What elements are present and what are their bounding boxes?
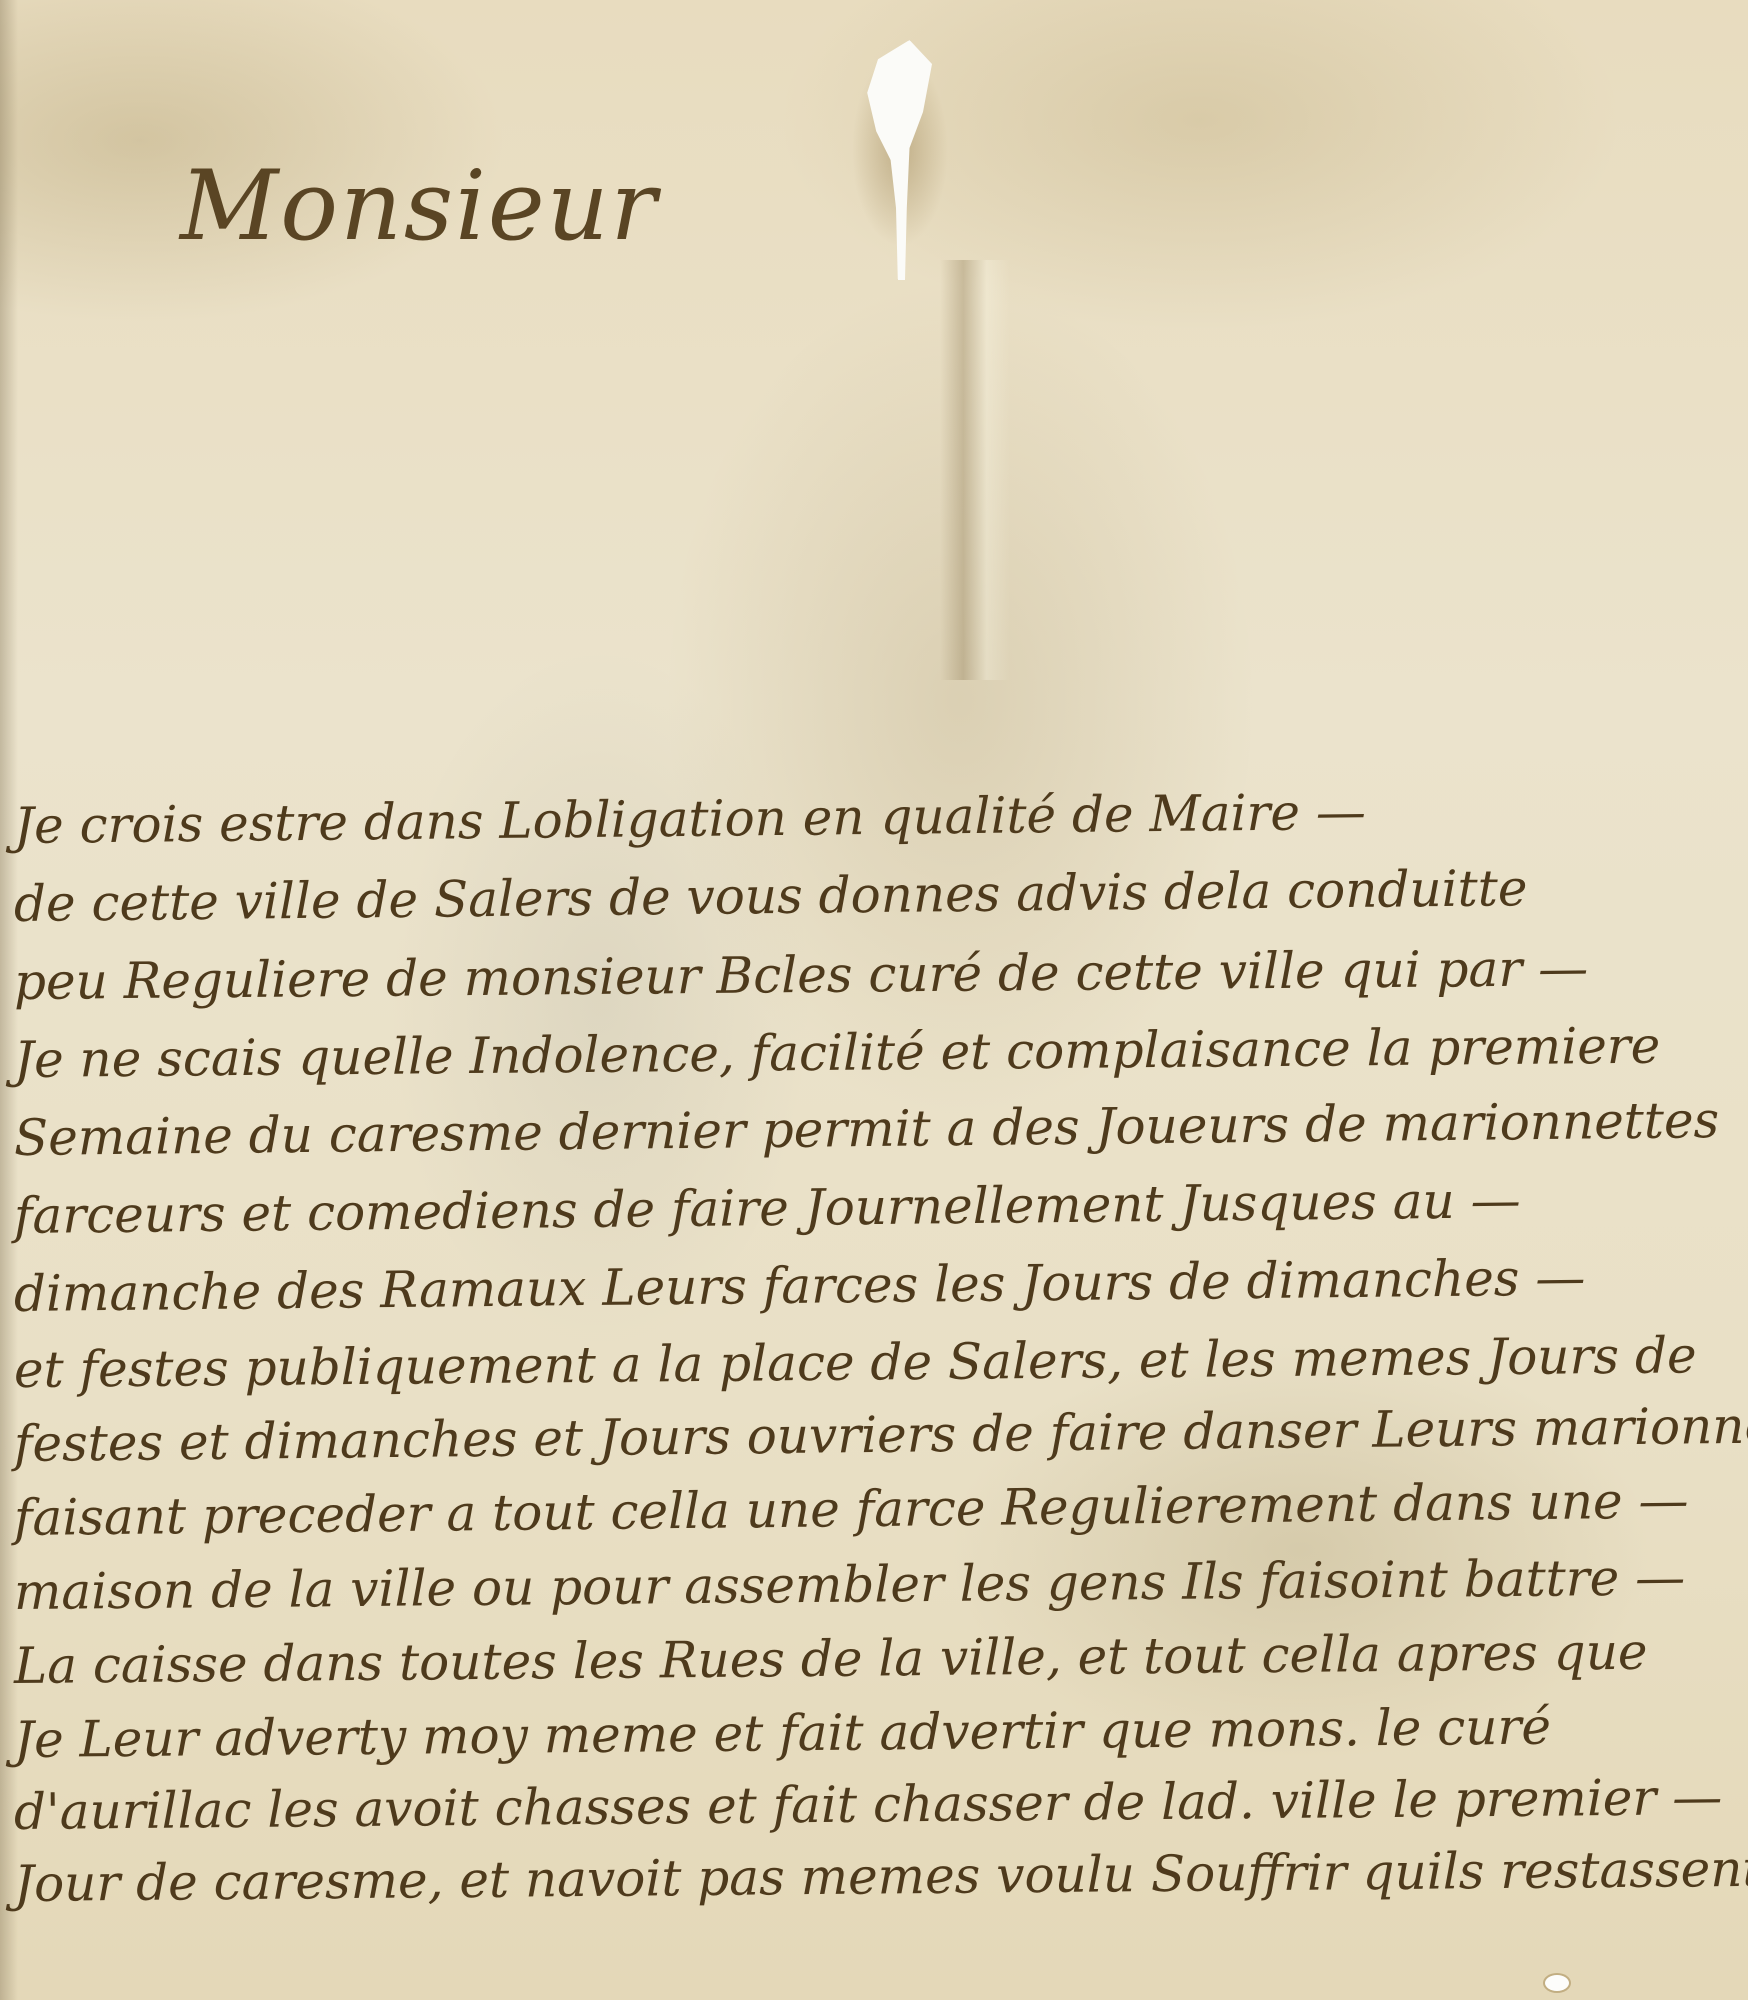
letter-line: maison de la ville ou pour assembler les…	[14, 1541, 1735, 1628]
letter-line: farceurs et comediens de faire Journelle…	[14, 1162, 1735, 1252]
letter-line: dimanche des Ramaux Leurs farces les Jou…	[14, 1240, 1735, 1330]
salutation: Monsieur	[180, 150, 658, 262]
manuscript-page: Monsieur Je crois estre dans Lobligation…	[0, 0, 1748, 2000]
letter-line: Je crois estre dans Lobligation en quali…	[14, 772, 1735, 862]
letter-line: Semaine du caresme dernier permit a des …	[14, 1084, 1735, 1174]
letter-line: faisant preceder a tout cella une farce …	[14, 1464, 1735, 1554]
paper-hole	[1545, 1975, 1569, 1991]
letter-line: de cette ville de Salers de vous donnes …	[14, 850, 1735, 940]
paper-fold-crease	[940, 260, 1010, 680]
letter-line: peu Reguliere de monsieur Bcles curé de …	[14, 931, 1735, 1018]
letter-line: Je ne scais quelle Indolence, facilité e…	[14, 1009, 1735, 1096]
letter-line: Jour de caresme, et navoit pas memes vou…	[14, 1833, 1735, 1920]
letter-line: La caisse dans toutes les Rues de la vil…	[14, 1615, 1735, 1702]
letter-body: Je crois estre dans Lobligation en quali…	[14, 790, 1734, 1870]
